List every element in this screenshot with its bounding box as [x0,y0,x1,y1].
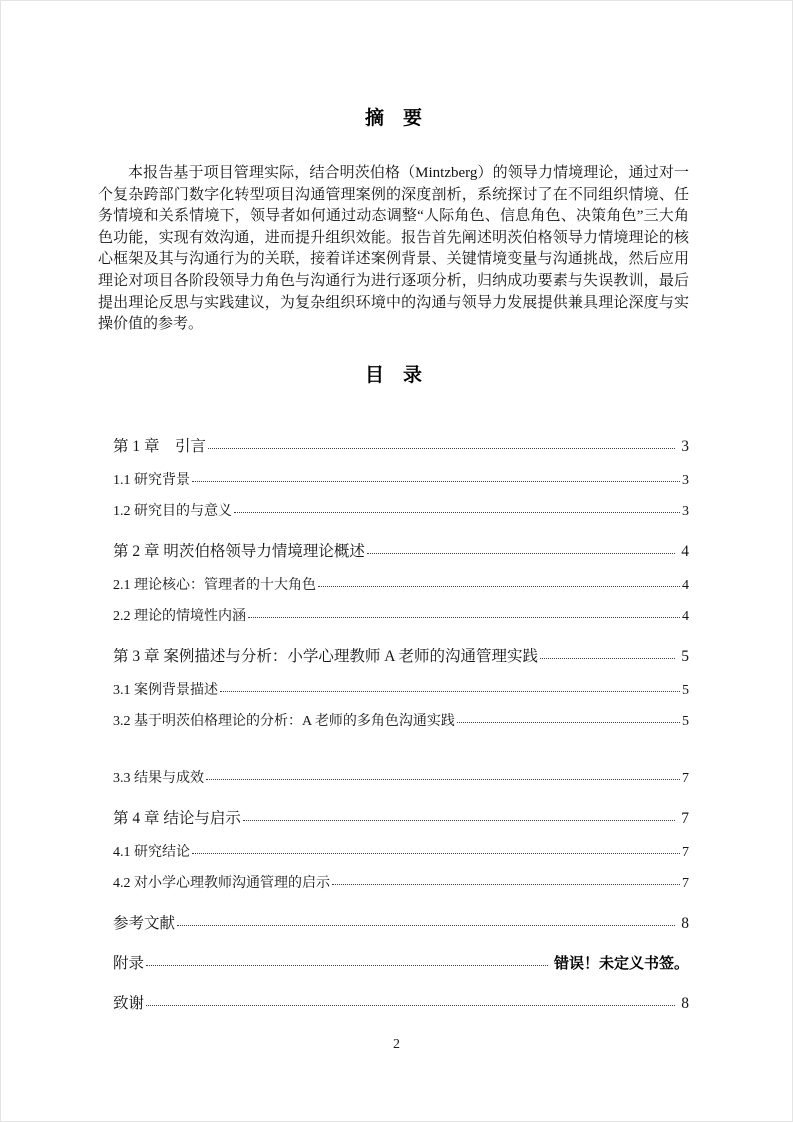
toc-entry[interactable]: 3.2 基于明茨伯格理论的分析：A 老师的多角色沟通实践5 [113,706,689,737]
toc-dot-leader [332,884,680,885]
toc-entry[interactable]: 1.1 研究背景3 [113,465,689,496]
toc-entry-label: 3.2 基于明茨伯格理论的分析：A 老师的多角色沟通实践 [113,706,455,737]
toc-entry-label: 4.2 对小学心理教师沟通管理的启示 [113,868,330,899]
toc-entry[interactable]: 第 4 章 结论与启示7 [113,803,689,834]
toc-dot-leader [248,617,680,618]
abstract-paragraph: 本报告基于项目管理实际，结合明茨伯格（Mintzberg）的领导力情境理论，通过… [98,163,689,336]
toc-entry-label: 第 4 章 结论与启示 [113,803,241,834]
toc-entry-label: 2.2 理论的情境性内涵 [113,601,246,632]
toc-entry-page-number: 5 [677,641,689,672]
toc-dot-leader [208,448,675,449]
toc-entry-page-number: 7 [682,837,689,868]
toc-entry[interactable]: 2.1 理论核心：管理者的十大角色4 [113,570,689,601]
table-of-contents: 第 1 章 引言31.1 研究背景31.2 研究目的与意义3第 2 章 明茨伯格… [98,431,689,1019]
toc-entry[interactable]: 3.3 结果与成效7 [113,763,689,794]
toc-entry[interactable]: 第 1 章 引言3 [113,431,689,462]
toc-entry-label: 1.2 研究目的与意义 [113,496,232,527]
toc-entry-page-number: 5 [682,706,689,737]
toc-entry[interactable]: 致谢8 [113,988,689,1019]
page-number: 2 [1,1037,792,1053]
toc-dot-leader [220,691,680,692]
toc-entry-label: 1.1 研究背景 [113,465,190,496]
toc-entry-page-number: 4 [682,570,689,601]
toc-entry[interactable]: 4.2 对小学心理教师沟通管理的启示7 [113,868,689,899]
toc-title: 目 录 [98,360,689,387]
toc-entry-label: 参考文献 [113,908,175,939]
toc-entry-page-number: 4 [677,536,689,567]
toc-entry-page-number: 7 [682,763,689,794]
toc-dot-leader [234,512,680,513]
toc-entry-label: 3.3 结果与成效 [113,763,204,794]
toc-entry[interactable]: 4.1 研究结论7 [113,837,689,868]
toc-entry-label: 第 3 章 案例描述与分析：小学心理教师 A 老师的沟通管理实践 [113,641,538,672]
toc-entry[interactable]: 2.2 理论的情境性内涵4 [113,601,689,632]
toc-entry[interactable]: 附录错误！未定义书签。 [113,948,689,979]
toc-dot-leader [318,586,680,587]
toc-entry-page-number: 7 [682,868,689,899]
toc-entry-label: 第 2 章 明茨伯格领导力情境理论概述 [113,536,365,567]
document-page: 摘 要 本报告基于项目管理实际，结合明茨伯格（Mintzberg）的领导力情境理… [0,0,793,1122]
toc-dot-leader [206,779,680,780]
toc-dot-leader [177,925,675,926]
toc-entry[interactable]: 3.1 案例背景描述5 [113,675,689,706]
toc-entry-label: 3.1 案例背景描述 [113,675,218,706]
toc-dot-leader [192,481,680,482]
toc-entry[interactable]: 1.2 研究目的与意义3 [113,496,689,527]
toc-entry-label: 第 1 章 引言 [113,431,206,462]
abstract-title: 摘 要 [98,103,689,130]
toc-entry[interactable]: 参考文献8 [113,908,689,939]
toc-entry-page-number: 3 [677,431,689,462]
toc-dot-leader [146,1005,675,1006]
toc-entry[interactable]: 第 2 章 明茨伯格领导力情境理论概述4 [113,536,689,567]
toc-dot-leader [146,965,548,966]
toc-dot-leader [367,553,675,554]
toc-dot-leader [540,658,675,659]
toc-entry-page-number: 8 [677,908,689,939]
toc-entry-page-number: 3 [682,465,689,496]
toc-entry-label: 4.1 研究结论 [113,837,190,868]
toc-entry-label: 附录 [113,948,144,979]
toc-entry-page-number: 7 [677,803,689,834]
toc-entry-label: 致谢 [113,988,144,1019]
toc-entry-page-number: 5 [682,675,689,706]
toc-entry-label: 2.1 理论核心：管理者的十大角色 [113,570,316,601]
toc-entry-page-number: 8 [677,988,689,1019]
toc-entry[interactable]: 第 3 章 案例描述与分析：小学心理教师 A 老师的沟通管理实践5 [113,641,689,672]
toc-error-bookmark-text: 错误！未定义书签。 [550,948,689,979]
toc-entry-page-number: 3 [682,496,689,527]
toc-entry-page-number: 4 [682,601,689,632]
toc-dot-leader [457,722,680,723]
toc-dot-leader [243,820,675,821]
toc-dot-leader [192,853,680,854]
